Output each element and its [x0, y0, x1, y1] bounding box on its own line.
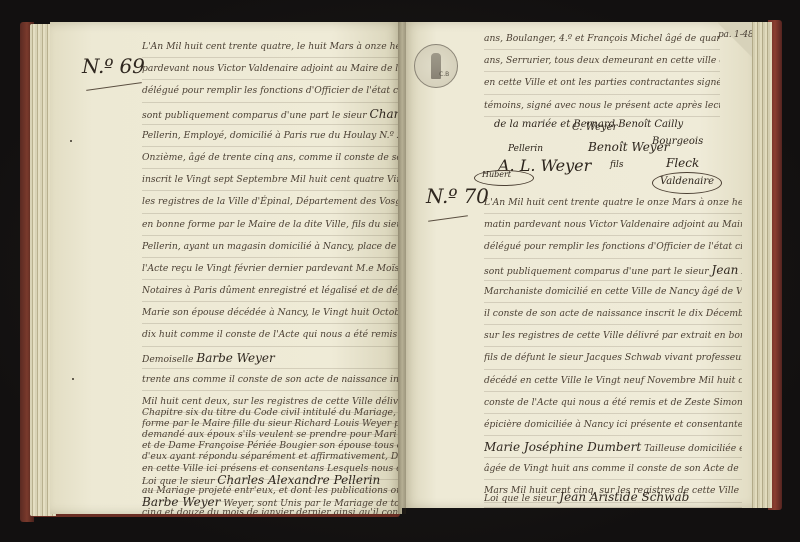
- book-gutter: [398, 22, 406, 514]
- signature: Fleck: [666, 156, 699, 170]
- text-line: épicière domiciliée à Nancy ici présente…: [484, 414, 742, 436]
- text-line: sur les registres de cette Ville délivré…: [484, 325, 742, 347]
- bride-name: Marie Joséphine Dumbert: [484, 440, 641, 454]
- signature: Pellerin: [508, 144, 543, 154]
- text-line: Marchaniste domicilié en cette Ville de …: [484, 281, 742, 303]
- bride-name-declaration: Barbe Weyer: [142, 495, 220, 509]
- text-line: matin pardevant nous Victor Valdenaire a…: [484, 214, 742, 236]
- text-line: sont publiquement comparus d'une part le…: [484, 259, 742, 281]
- text-line: demandé aux époux s'ils veulent se prend…: [142, 424, 398, 446]
- tax-stamp: C.B: [414, 44, 458, 88]
- entry-70-text-end: Loi que le sieur Jean Aristide Schwab: [484, 486, 742, 510]
- entry-number-70: N.º 70: [426, 184, 489, 208]
- text-line: Marie Joséphine Dumbert Tailleuse domici…: [484, 436, 742, 458]
- signature-lower-text: de la mariée et Bernard Benoît Cailly: [494, 119, 683, 130]
- text-line: Barbe Weyer Weyer, sont Unis par le Mari…: [142, 491, 398, 512]
- text-line: conste de l'Acte qui nous a été remis et…: [484, 392, 742, 414]
- signature: Hubert: [482, 170, 511, 179]
- folded-corner: [718, 22, 752, 62]
- text-line: Loi que le sieur Charles Alexandre Pelle…: [142, 469, 398, 491]
- signature-officer: Valdenaire: [660, 176, 714, 187]
- signature: Bourgeois: [652, 136, 703, 147]
- text-line: d'eux ayant répondu séparément et affirm…: [142, 446, 398, 468]
- entry-number-flourish: [428, 215, 468, 222]
- signature: fils: [610, 160, 624, 170]
- stamp-value: C.B: [439, 71, 449, 78]
- text-line: il conste de son acte de naissance inscr…: [484, 303, 742, 325]
- entry-69-continuation: ans, Boulanger, 4.º et François Michel â…: [484, 28, 720, 117]
- text-line: témoins, signé avec nous le présent acte…: [484, 95, 720, 117]
- text-line: fils de défunt le sieur Jacques Schwab v…: [484, 347, 742, 369]
- corner-annotation: pa. 1-48: [718, 30, 752, 40]
- groom-name-declaration: Charles Alexandre Pellerin: [217, 473, 380, 487]
- text-line: Chapitre six du titre du Code civil inti…: [142, 402, 398, 424]
- text-line: décédé en cette Ville le Vingt neuf Nove…: [484, 370, 742, 392]
- text-line: L'An Mil huit cent trente quatre le onze…: [484, 192, 742, 214]
- groom-name-declaration: Jean Aristide Schwab: [559, 490, 689, 504]
- text-line: Loi que le sieur Jean Aristide Schwab: [484, 486, 742, 508]
- groom-name: Jean Aristide Schwab: [712, 263, 742, 277]
- text-line: âgée de Vingt huit ans comme il conste d…: [484, 458, 742, 480]
- page-stack-right: [750, 22, 772, 508]
- text-line: ans, Serrurier, tous deux demeurant en c…: [484, 50, 720, 72]
- entry-70-text: L'An Mil huit cent trente quatre le onze…: [484, 192, 742, 503]
- entry-69-text-end: Chapitre six du titre du Code civil inti…: [142, 402, 398, 512]
- text-line: délégué pour remplir les fonctions d'Off…: [484, 236, 742, 258]
- text-line: en cette Ville et ont les parties contra…: [484, 72, 720, 94]
- right-page: pa. 1-48 ans, Boulanger, 4.º et François…: [402, 22, 752, 508]
- text-line: ans, Boulanger, 4.º et François Michel â…: [484, 28, 720, 50]
